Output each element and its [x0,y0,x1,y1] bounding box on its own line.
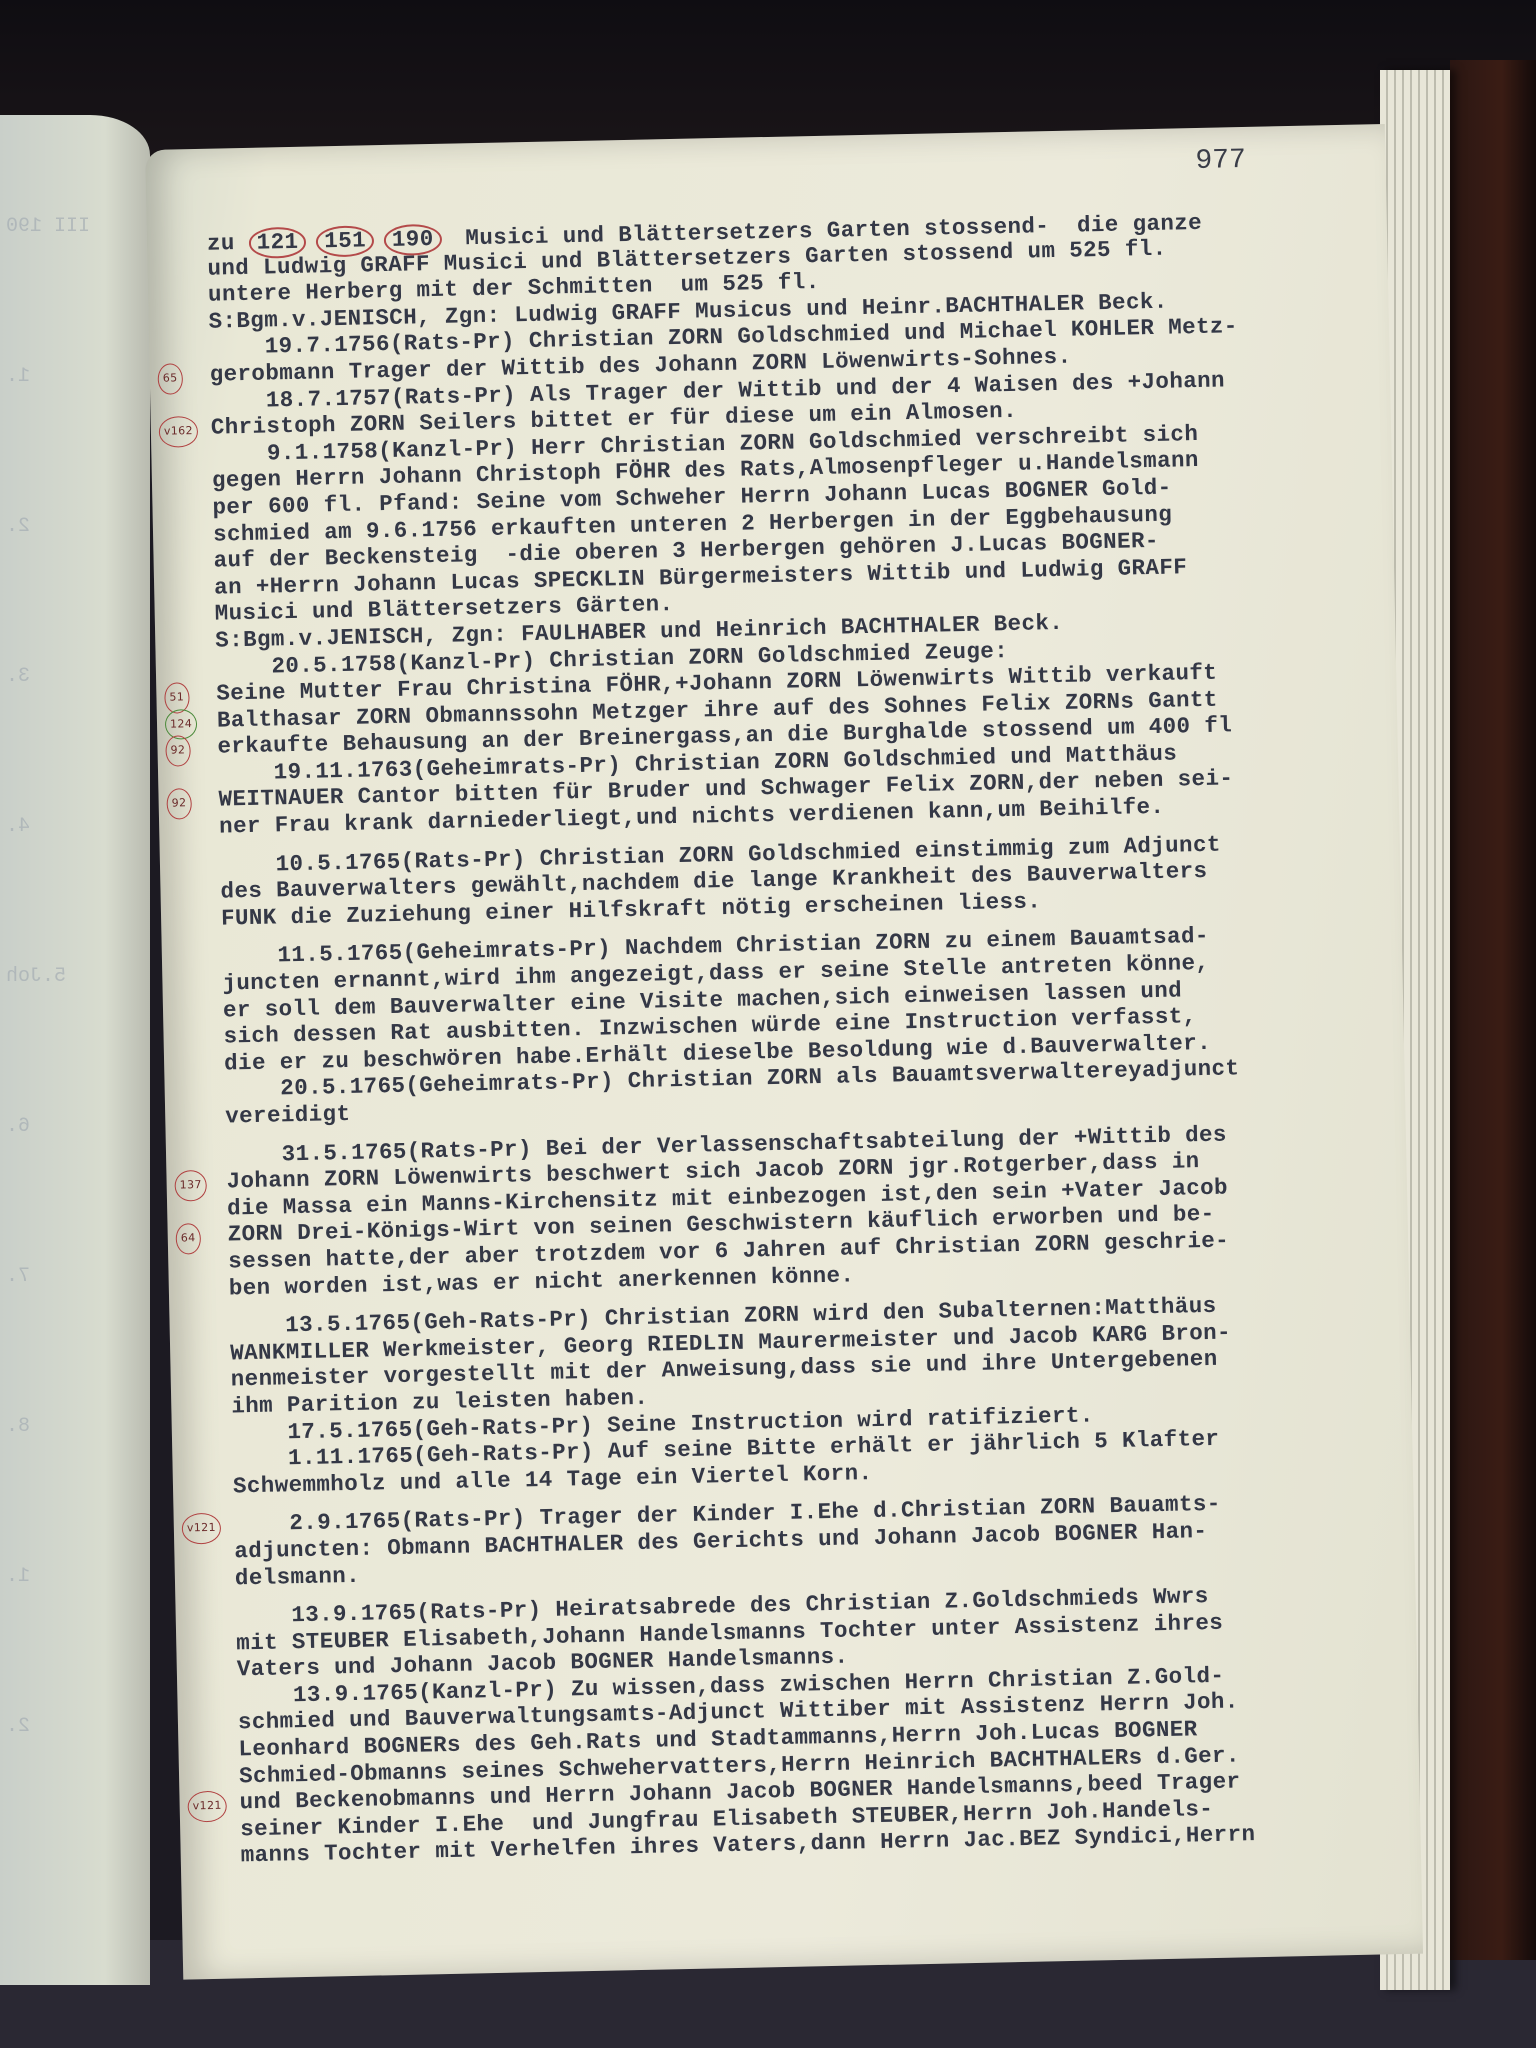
facing-page-ghost-text: 6. [6,1115,30,1138]
facing-page-ghost-text: 3. [6,665,30,688]
facing-page-ghost-text: 7. [6,1265,30,1288]
facing-page-ghost-text: 5.Joh [6,965,66,988]
book-cover-edge [1450,60,1536,1960]
book-page: 977 zu 121 151 190 Musici und Blätterset… [145,124,1423,1980]
facing-page-ghost-text: 1. [6,1565,30,1588]
margin-annotation: v121 [187,1791,227,1822]
facing-page-left: III 1901.2.3.4.5.Joh6.7.8.1.2. [0,115,150,1985]
facing-page-ghost-text: 8. [6,1415,30,1438]
facing-page-ghost-text: III 190 [6,215,90,238]
page-number: 977 [1195,145,1246,177]
margin-annotation: 92 [166,789,191,820]
margin-annotation: 64 [175,1223,200,1254]
facing-page-ghost-text: 2. [6,515,30,538]
margin-annotation: 137 [174,1170,207,1201]
facing-page-ghost-text: 2. [6,1715,30,1738]
facing-page-ghost-text: 1. [6,365,30,388]
typewritten-text: zu 121 151 190 Musici und Blättersetzers… [207,204,1401,1869]
facing-page-ghost-text: 4. [6,815,30,838]
margin-annotation: 65 [157,363,182,394]
margin-annotation: v121 [182,1513,222,1544]
margin-annotation: 92 [165,735,190,766]
margin-annotation: v162 [159,416,199,447]
